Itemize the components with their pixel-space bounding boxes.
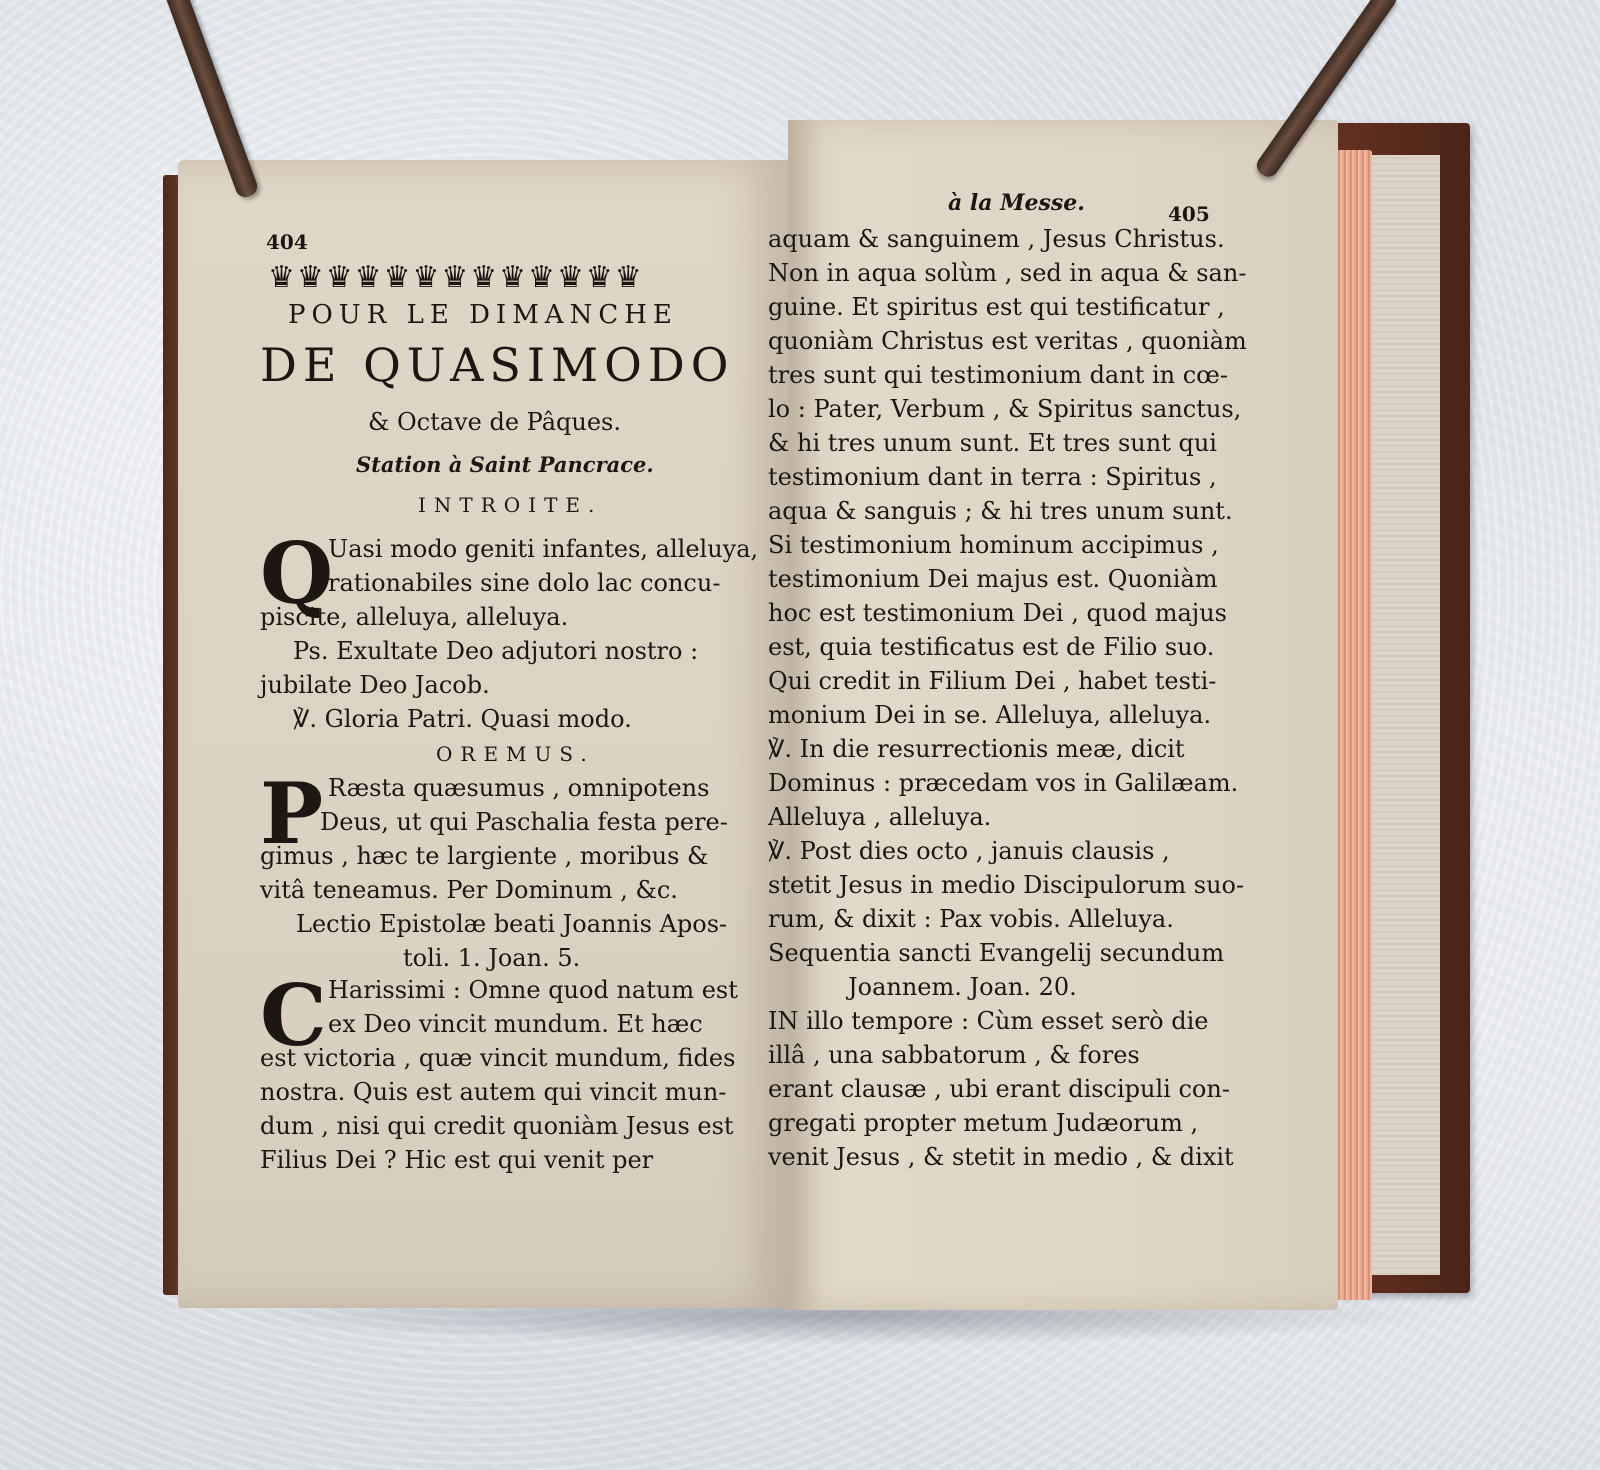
text-line: aquam & sanguinem , Jesus Christus. bbox=[768, 225, 1225, 253]
text-line: vitâ teneamus. Per Dominum , &c. bbox=[260, 876, 678, 904]
text-line: Harissimi : Omne quod natum est bbox=[328, 976, 738, 1004]
page-number-right: 405 bbox=[1168, 202, 1210, 226]
oremus-heading: OREMUS. bbox=[436, 742, 595, 766]
right-page: à la Messe. 405 aquam & sanguinem , Jesu… bbox=[788, 120, 1338, 1310]
left-page: 404 ♛♛♛♛♛♛♛♛♛♛♛♛♛ POUR LE DIMANCHE DE QU… bbox=[178, 160, 788, 1308]
introit-heading: INTROITE. bbox=[418, 493, 602, 517]
text-line: rationabiles sine dolo lac concu- bbox=[328, 569, 720, 597]
subtitle: & Octave de Pâques. bbox=[368, 408, 621, 436]
text-line: dum , nisi qui credit quoniàm Jesus est bbox=[260, 1112, 734, 1140]
text-line: stetit Jesus in medio Discipulorum suo- bbox=[768, 871, 1244, 899]
text-line: Lectio Epistolæ beati Joannis Apos- bbox=[296, 910, 727, 938]
text-line: Uasi modo geniti infantes, alleluya, bbox=[328, 535, 758, 563]
running-header: à la Messe. bbox=[948, 190, 1085, 216]
text-line: Ps. Exultate Deo adjutori nostro : bbox=[293, 637, 698, 665]
text-line: illâ , una sabbatorum , & fores bbox=[768, 1041, 1140, 1069]
text-line: Alleluya , alleluya. bbox=[768, 803, 991, 831]
text-line: IN illo tempore : Cùm esset serò die bbox=[768, 1007, 1208, 1035]
text-line: tres sunt qui testimonium dant in cœ- bbox=[768, 361, 1228, 389]
text-line: venit Jesus , & stetit in medio , & dixi… bbox=[768, 1143, 1234, 1171]
text-line: ℣. In die resurrectionis meæ, dicit bbox=[768, 735, 1185, 763]
text-line: lo : Pater, Verbum , & Spiritus sanctus, bbox=[768, 395, 1241, 423]
text-line: est, quia testificatus est de Filio suo. bbox=[768, 633, 1214, 661]
text-line: Qui credit in Filium Dei , habet testi- bbox=[768, 667, 1216, 695]
text-line: gregati propter metum Judæorum , bbox=[768, 1109, 1198, 1137]
text-line: monium Dei in se. Alleluya, alleluya. bbox=[768, 701, 1211, 729]
text-line: ex Deo vincit mundum. Et hæc bbox=[328, 1010, 703, 1038]
endpaper bbox=[1370, 155, 1440, 1275]
text-line: est victoria , quæ vincit mundum, fides bbox=[260, 1044, 735, 1072]
text-line: rum, & dixit : Pax vobis. Alleluya. bbox=[768, 905, 1174, 933]
text-line: erant clausæ , ubi erant discipuli con- bbox=[768, 1075, 1230, 1103]
text-line: Dominus : præcedam vos in Galilæam. bbox=[768, 769, 1238, 797]
text-line: ℣. Gloria Patri. Quasi modo. bbox=[293, 705, 632, 733]
text-line: toli. 1. Joan. 5. bbox=[403, 944, 580, 972]
text-line: gimus , hæc te largiente , moribus & bbox=[260, 842, 708, 870]
text-line: Deus, ut qui Paschalia festa pere- bbox=[320, 808, 728, 836]
text-line: guine. Et spiritus est qui testificatur … bbox=[768, 293, 1225, 321]
text-line: Non in aqua solùm , sed in aqua & san- bbox=[768, 259, 1246, 287]
text-line: Filius Dei ? Hic est qui venit per bbox=[260, 1146, 653, 1174]
crown-ornament-row: ♛♛♛♛♛♛♛♛♛♛♛♛♛ bbox=[268, 260, 644, 295]
text-line: & hi tres unum sunt. Et tres sunt qui bbox=[768, 429, 1217, 457]
text-line: hoc est testimonium Dei , quod majus bbox=[768, 599, 1227, 627]
text-line: Ræsta quæsumus , omnipotens bbox=[328, 774, 709, 802]
text-line: Si testimonium hominum accipimus , bbox=[768, 531, 1219, 559]
text-line: Joannem. Joan. 20. bbox=[848, 973, 1077, 1001]
text-line: testimonium dant in terra : Spiritus , bbox=[768, 463, 1217, 491]
title-line-2: DE QUASIMODO bbox=[260, 338, 734, 392]
text-line: aqua & sanguis ; & hi tres unum sunt. bbox=[768, 497, 1233, 525]
text-line: ℣. Post dies octo , januis clausis , bbox=[768, 837, 1170, 865]
page-number-left: 404 bbox=[266, 230, 308, 254]
text-line: testimonium Dei majus est. Quoniàm bbox=[768, 565, 1218, 593]
text-line: Sequentia sancti Evangelij secundum bbox=[768, 939, 1224, 967]
station-line: Station à Saint Pancrace. bbox=[356, 452, 654, 477]
title-line-1: POUR LE DIMANCHE bbox=[288, 300, 678, 330]
text-line: jubilate Deo Jacob. bbox=[260, 671, 490, 699]
text-line: nostra. Quis est autem qui vincit mun- bbox=[260, 1078, 726, 1106]
text-line: piscite, alleluya, alleluya. bbox=[260, 603, 568, 631]
text-line: quoniàm Christus est veritas , quoniàm bbox=[768, 327, 1247, 355]
